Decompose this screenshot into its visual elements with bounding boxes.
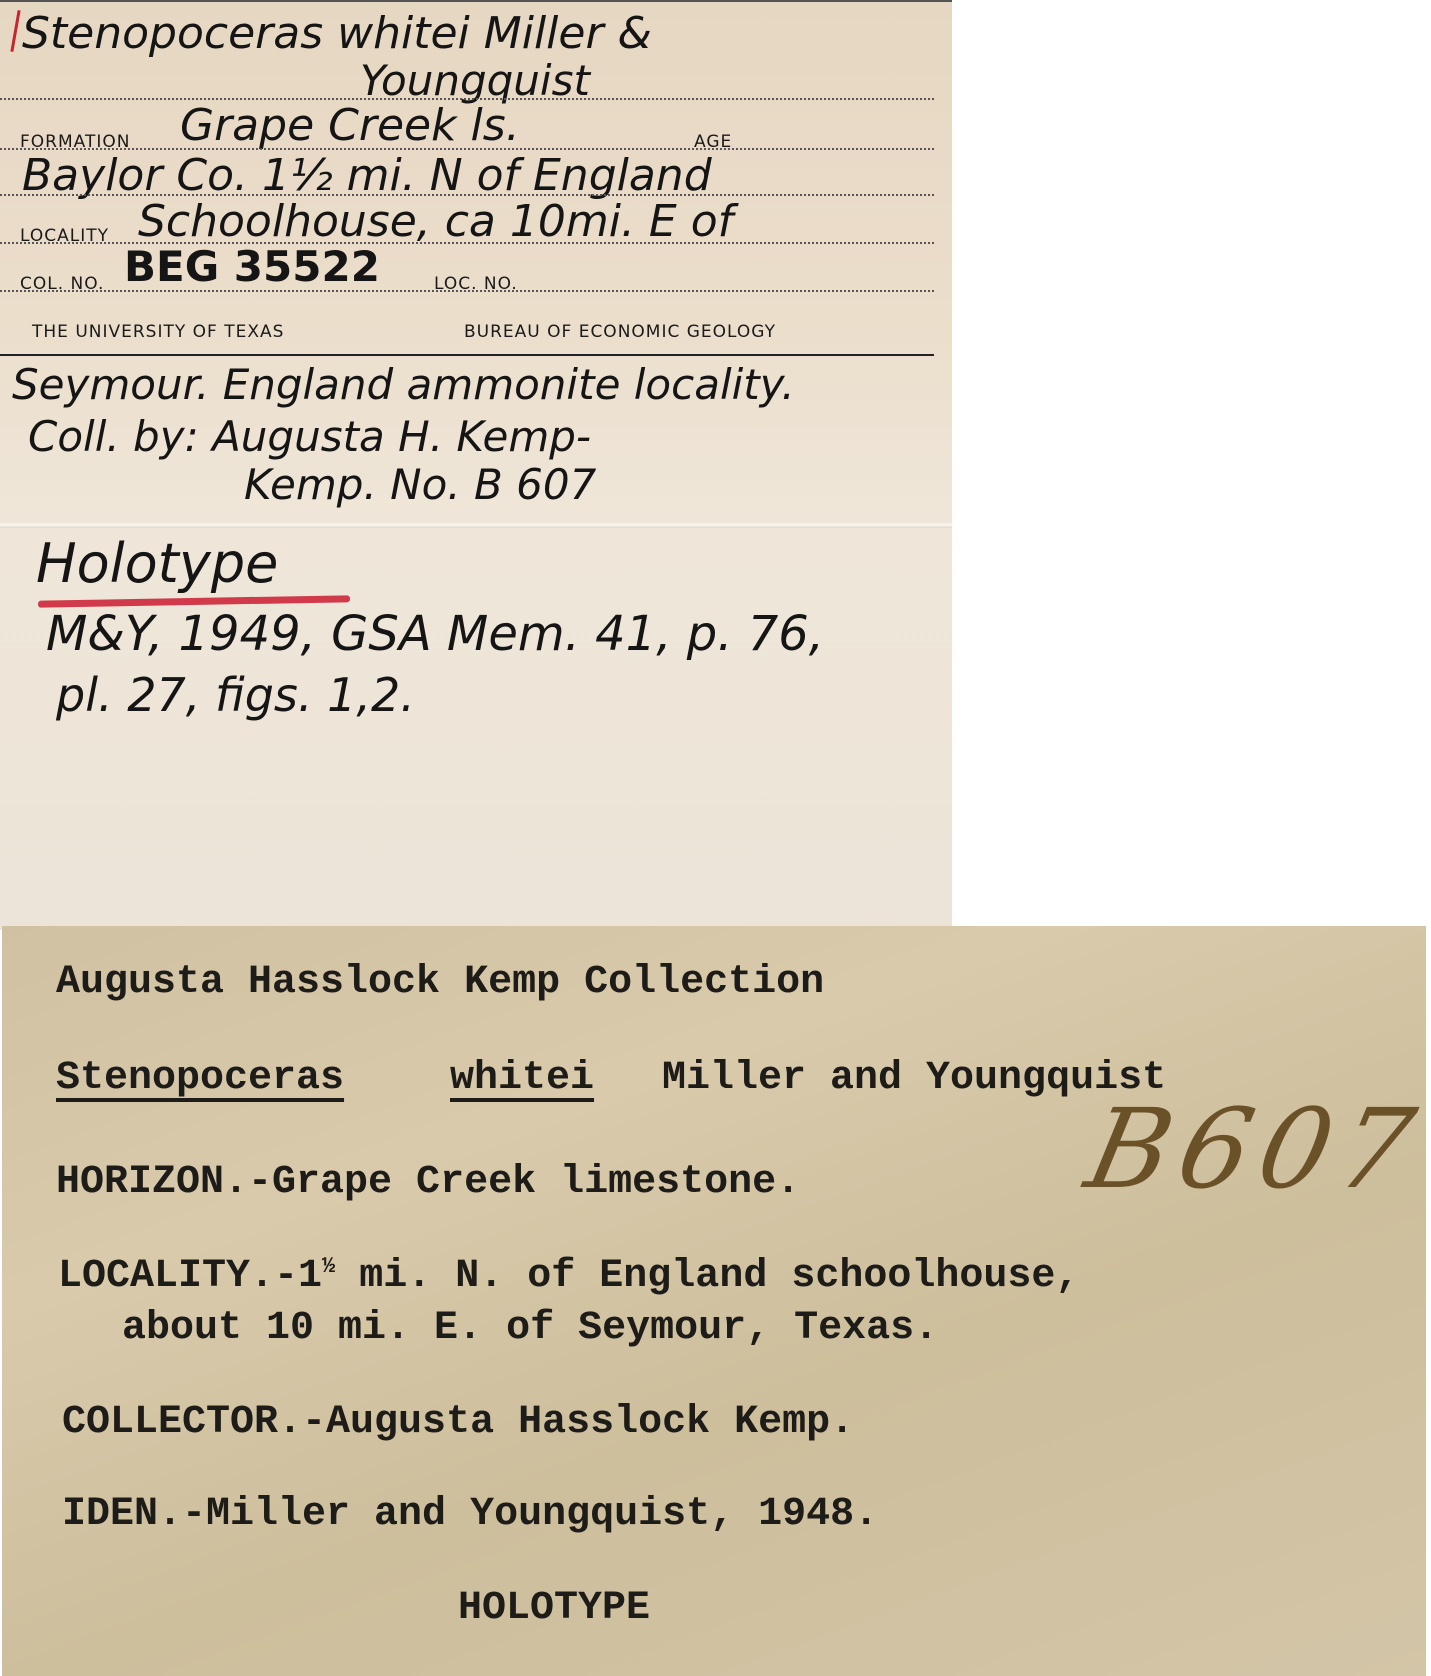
locality-line-1: LOCALITY.-1½ mi. N. of England schoolhou… bbox=[58, 1254, 1079, 1299]
horizon: HORIZON.-Grape Creek limestone. bbox=[56, 1160, 800, 1205]
specimen-label-bottom bbox=[2, 926, 1426, 1676]
col-no-value: BEG 35522 bbox=[124, 242, 380, 291]
formation-value: Grape Creek ls. bbox=[180, 100, 520, 151]
identification: IDEN.-Miller and Youngquist, 1948. bbox=[62, 1492, 878, 1537]
red-pencil-mark bbox=[10, 10, 20, 52]
locality-line-2: about 10 mi. E. of Seymour, Texas. bbox=[122, 1306, 938, 1351]
species-name: whitei bbox=[450, 1056, 594, 1101]
taxon-name-line1: Stenopoceras whitei Miller & bbox=[22, 8, 652, 59]
locality-fraction: ½ bbox=[322, 1254, 335, 1279]
holotype-heading: Holotype bbox=[36, 532, 278, 595]
institution-right: BUREAU OF ECONOMIC GEOLOGY bbox=[464, 322, 776, 342]
collector: COLLECTOR.-Augusta Hasslock Kemp. bbox=[62, 1400, 854, 1445]
card-fold bbox=[0, 522, 952, 528]
genus-name: Stenopoceras bbox=[56, 1056, 344, 1101]
locality-prefix: LOCALITY.-1 bbox=[58, 1254, 322, 1299]
institution-left: THE UNIVERSITY OF TEXAS bbox=[32, 322, 284, 342]
locality-value: Schoolhouse, ca 10mi. E of bbox=[138, 196, 733, 247]
collection-name: Augusta Hasslock Kemp Collection bbox=[56, 960, 824, 1005]
note-line-2: Coll. by: Augusta H. Kemp- bbox=[28, 412, 591, 461]
type-status: HOLOTYPE bbox=[458, 1586, 650, 1631]
reference-line-2: pl. 27, figs. 1,2. bbox=[56, 668, 415, 722]
note-line-1: Seymour. England ammonite locality. bbox=[12, 360, 795, 409]
reference-line-1: M&Y, 1949, GSA Mem. 41, p. 76, bbox=[46, 606, 824, 662]
authors: Miller and Youngquist bbox=[662, 1056, 1166, 1101]
note-line-3: Kemp. No. B 607 bbox=[244, 460, 596, 509]
handwritten-number: B607 bbox=[1076, 1085, 1431, 1213]
locality-rest: mi. N. of England schoolhouse, bbox=[335, 1254, 1079, 1299]
header-rule bbox=[0, 354, 934, 356]
dotted-rule bbox=[0, 290, 934, 292]
specimen-card-top: Stenopoceras whitei Miller & Youngquist … bbox=[0, 0, 952, 930]
